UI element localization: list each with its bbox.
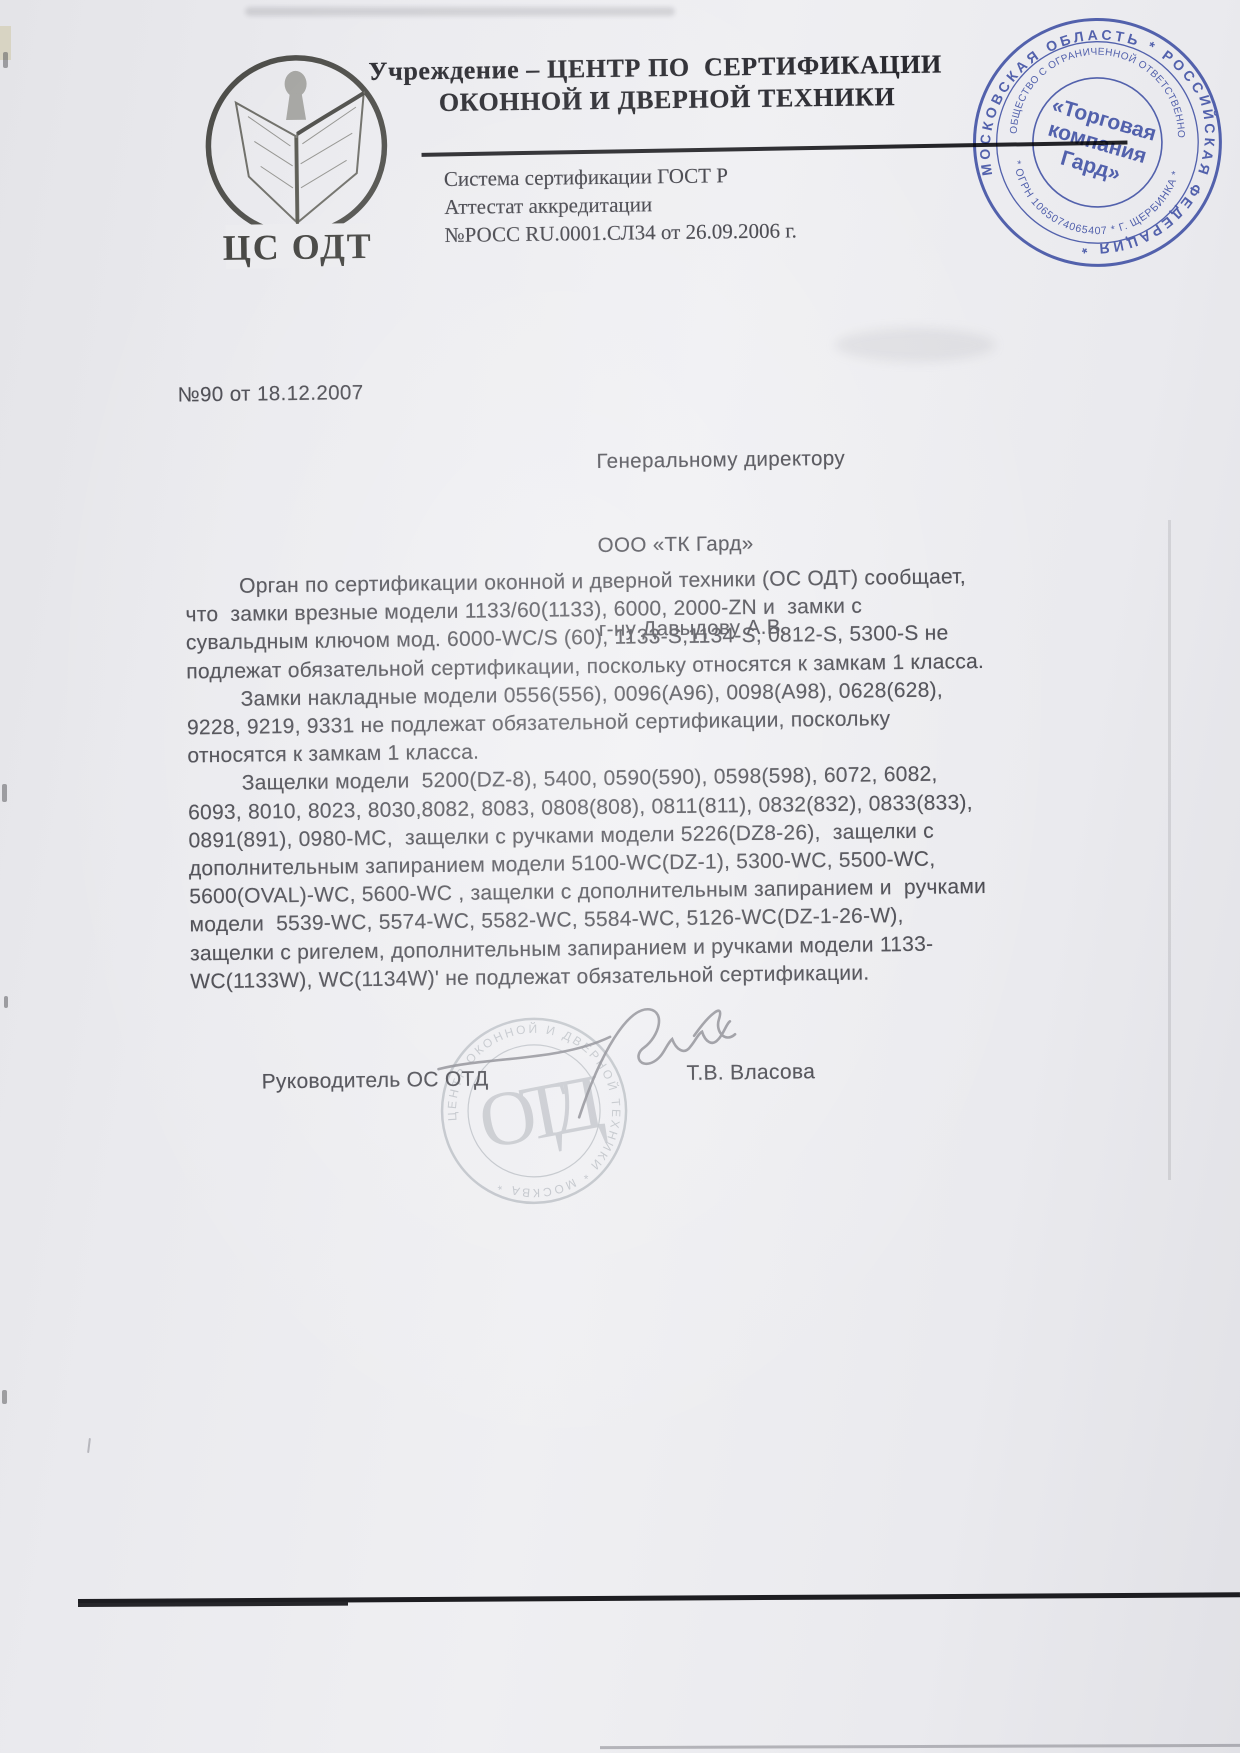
addressee-line: ООО «ТК Гард»: [597, 529, 846, 560]
accreditation-label: Аттестат аккредитации: [444, 192, 652, 220]
letterhead-title-line2: ОКОННОЙ И ДВЕРНОЙ ТЕХНИКИ: [439, 82, 896, 118]
letterhead-title-line1: Учреждение – ЦЕНТР ПО СЕРТИФИКАЦИИ: [368, 49, 942, 87]
company-round-stamp: МОСКОВСКАЯ ОБЛАСТЬ * РОССИЙСКАЯ ФЕДЕРАЦИ…: [965, 10, 1230, 275]
accreditation-number: №РОСС RU.0001.СЛ34 от 26.09.2006 г.: [444, 218, 797, 248]
reference-number-date: №90 от 18.12.2007: [178, 381, 364, 407]
logo-caption: ЦС ОДТ: [222, 226, 373, 268]
scanned-letter-page: ЦС ОДТ Учреждение – ЦЕНТР ПО СЕРТИФИКАЦИ…: [0, 0, 1240, 1753]
keyhole-icon: [284, 71, 307, 120]
scan-edge-mark: [2, 1390, 7, 1404]
handwritten-signature: [428, 993, 740, 1137]
addressee-line: Генеральному директору: [596, 445, 845, 476]
cert-system-line: Система сертификации ГОСТ Р: [444, 163, 728, 192]
body-paragraph: Замки накладные модели 0556(556), 0096(А…: [186, 676, 997, 771]
letter-body: Орган по сертификации оконной и дверной …: [185, 563, 1000, 997]
body-paragraph: Защелки модели 5200(DZ-8), 5400, 0590(59…: [188, 760, 1001, 996]
body-paragraph: Орган по сертификации оконной и дверной …: [185, 563, 996, 686]
letter-content: ЦС ОДТ Учреждение – ЦЕНТР ПО СЕРТИФИКАЦИ…: [0, 0, 1240, 1753]
